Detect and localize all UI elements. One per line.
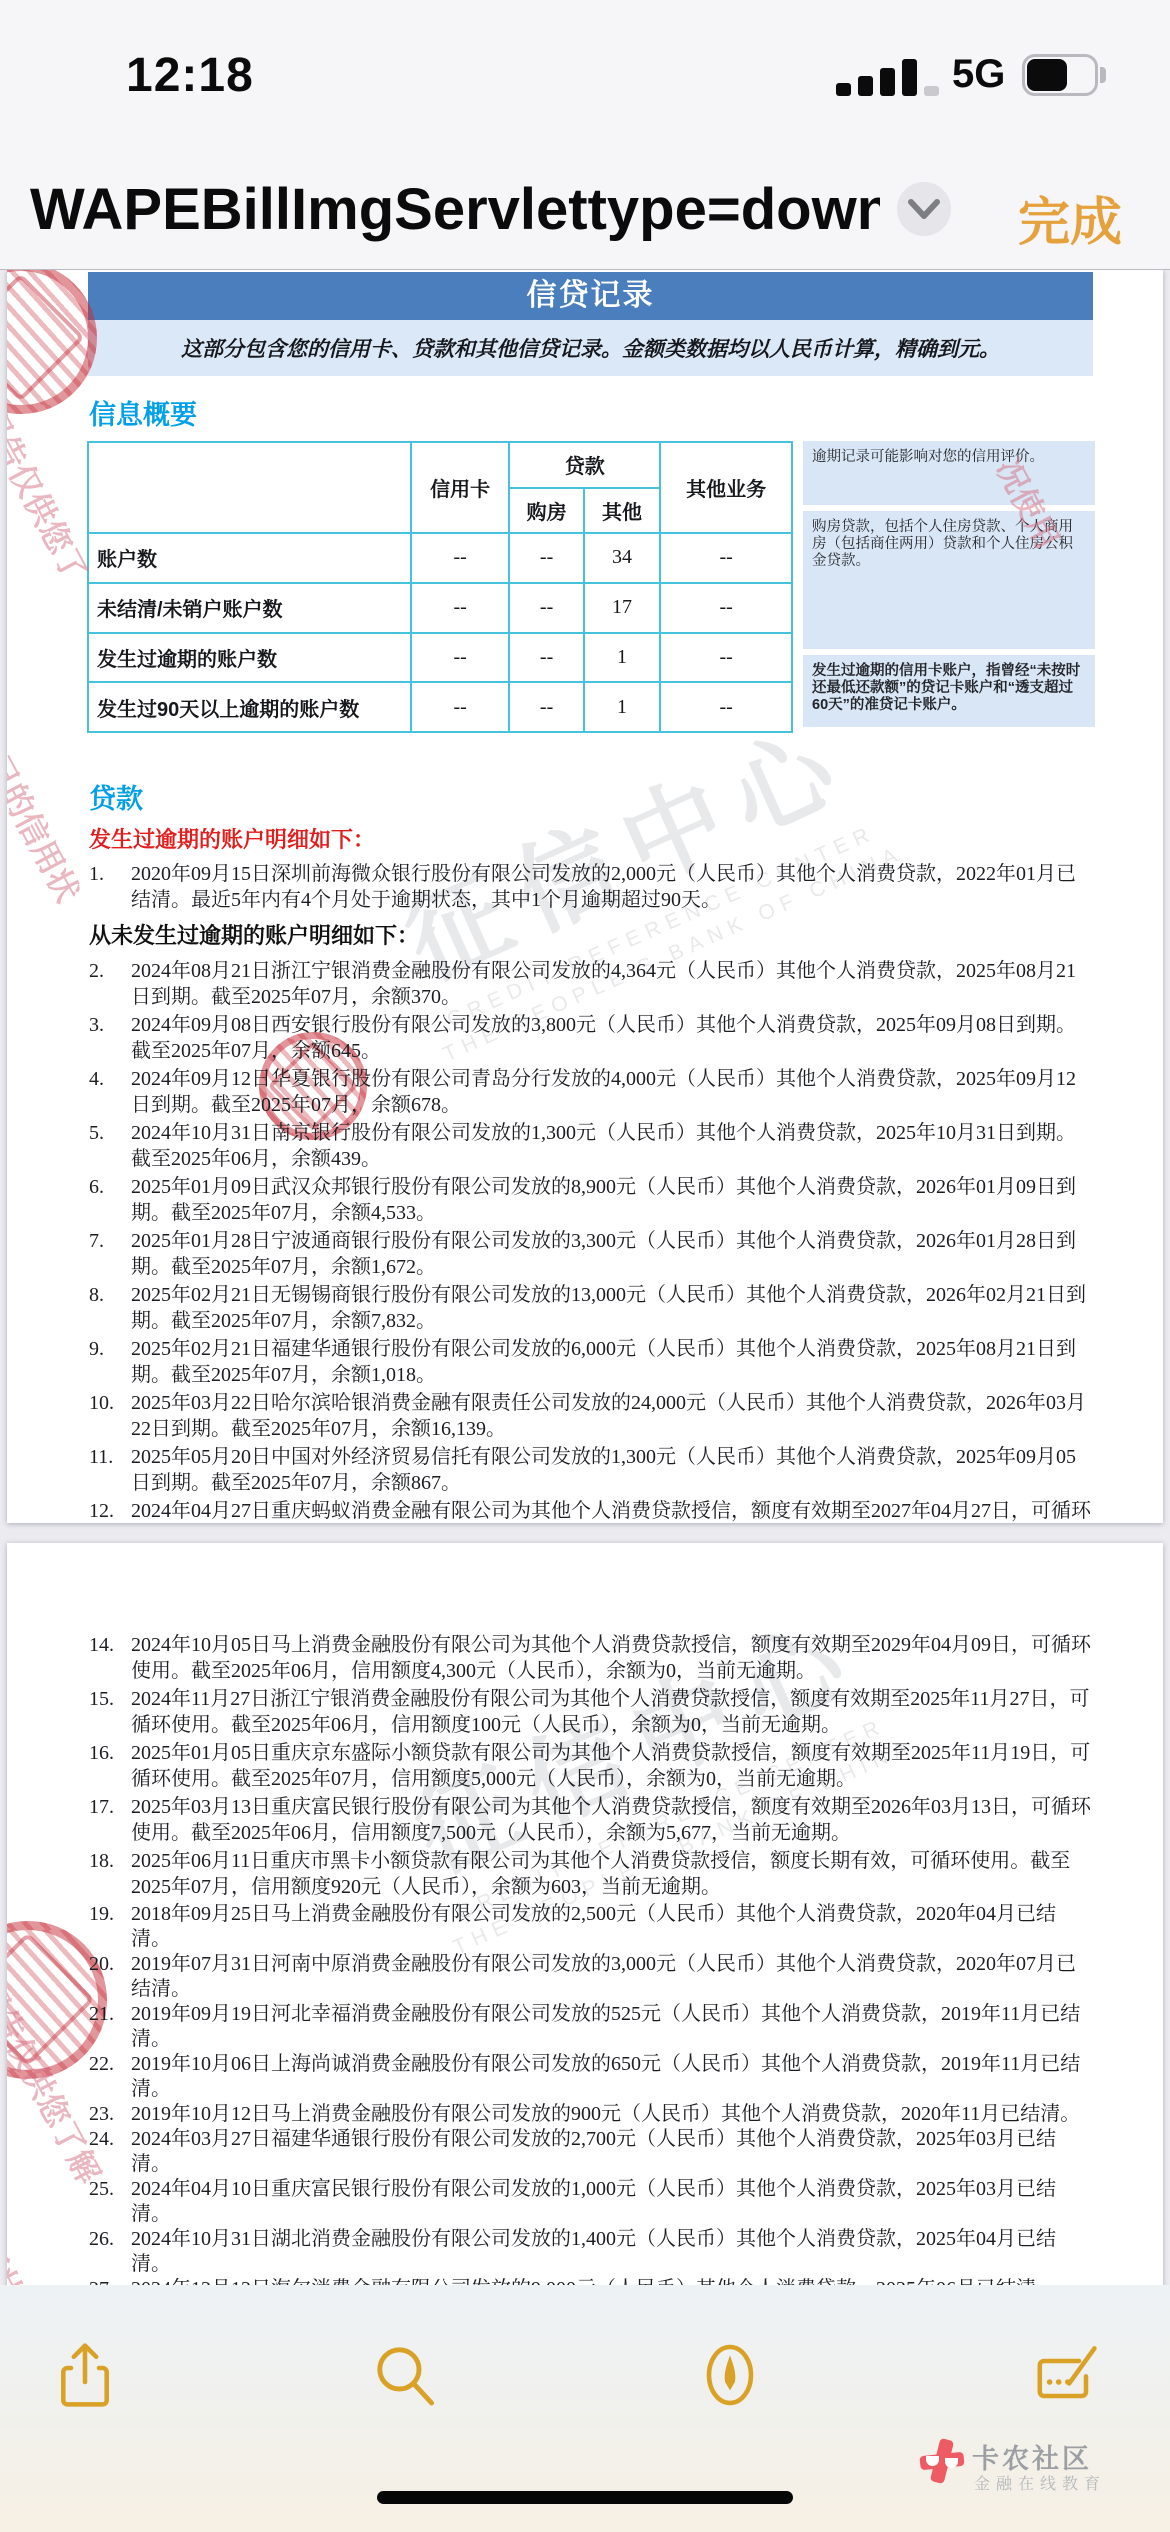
document-scroll-area[interactable]: 本报告仅供您了 解自己的信用状 况使用 征信中心 CREDIT REFERENC… bbox=[0, 270, 1170, 2285]
loan-item: 4.2024年09月12日华夏银行股份有限公司青岛分行发放的4,000元（人民币… bbox=[89, 1066, 1093, 1118]
loan-item: 18.2025年06月11日重庆市黑卡小额贷款有限公司为其他个人消费贷款授信，额… bbox=[89, 1848, 1093, 1900]
loan-item: 7.2025年01月28日宁波通商银行股份有限公司发放的3,300元（人民币）其… bbox=[89, 1228, 1093, 1280]
site-watermark-logo: 卡农社区 金融在线教育 bbox=[922, 2437, 1112, 2497]
red-seal-watermark bbox=[7, 270, 97, 414]
summary-table: 信用卡 贷款 其他业务 购房 其他 账户数----34--未结清/未销户账户数-… bbox=[87, 441, 793, 733]
markup-pen-icon bbox=[695, 2340, 765, 2410]
loan-section: 贷款 发生过逾期的账户明细如下： 1.2020年09月15日深圳前海微众银行股份… bbox=[89, 777, 1093, 1523]
clean-heading: 从未发生过逾期的账户明细如下： bbox=[89, 919, 1093, 950]
section-header: 信贷记录 bbox=[88, 272, 1093, 320]
search-button[interactable] bbox=[370, 2340, 440, 2410]
document-title: WAPEBillImgServlettype=downl... bbox=[30, 176, 880, 243]
col-loan-house: 购房 bbox=[509, 488, 583, 534]
done-button[interactable]: 完成 bbox=[1018, 180, 1122, 255]
loan-item: 1.2020年09月15日深圳前海微众银行股份有限公司发放的2,000元（人民币… bbox=[89, 861, 1093, 913]
home-indicator[interactable] bbox=[377, 2491, 793, 2504]
loan-item: 9.2025年02月21日福建华通银行股份有限公司发放的6,000元（人民币）其… bbox=[89, 1336, 1093, 1388]
summary-block: 信用卡 贷款 其他业务 购房 其他 账户数----34--未结清/未销户账户数-… bbox=[87, 441, 1163, 733]
compose-button[interactable] bbox=[1030, 2340, 1100, 2410]
loan-item: 14.2024年10月05日马上消费金融股份有限公司为其他个人消费贷款授信，额度… bbox=[89, 1632, 1093, 1684]
loan-item: 19.2018年09月25日马上消费金融股份有限公司发放的2,500元（人民币）… bbox=[89, 1902, 1093, 1952]
loan-item: 15.2024年11月27日浙江宁银消费金融股份有限公司为其他个人消费贷款授信，… bbox=[89, 1686, 1093, 1738]
share-button[interactable] bbox=[50, 2340, 120, 2410]
loan-item: 16.2025年01月05日重庆京东盛际小额贷款有限公司为其他个人消费贷款授信，… bbox=[89, 1740, 1093, 1792]
chevron-down-icon bbox=[908, 197, 940, 221]
summary-row: 未结清/未销户账户数----17-- bbox=[88, 583, 792, 633]
loan-item: 22.2019年10月06日上海尚诚消费金融股份有限公司发放的650元（人民币）… bbox=[89, 2052, 1093, 2102]
loan-item: 25.2024年04月10日重庆富民银行股份有限公司发放的1,000元（人民币）… bbox=[89, 2177, 1093, 2227]
bottom-toolbar: 卡农社区 金融在线教育 bbox=[0, 2285, 1170, 2532]
loan-item: 2.2024年08月21日浙江宁银消费金融股份有限公司发放的4,364元（人民币… bbox=[89, 958, 1093, 1010]
loan-item: 10.2025年03月22日哈尔滨哈银消费金融有限责任公司发放的24,000元（… bbox=[89, 1390, 1093, 1442]
collapse-chevron-button[interactable] bbox=[897, 182, 951, 236]
summary-row: 账户数----34-- bbox=[88, 533, 792, 583]
pink-watermark-text: 解自己的信用状 bbox=[7, 690, 92, 909]
report-page-1: 本报告仅供您了 解自己的信用状 况使用 征信中心 CREDIT REFERENC… bbox=[7, 270, 1163, 1523]
col-loan-other: 其他 bbox=[584, 488, 660, 534]
section-intro: 这部分包含您的信用卡、贷款和其他信贷记录。金额类数据均以人民币计算，精确到元。 bbox=[88, 320, 1093, 376]
loan-item: 27.2024年12月12日海尔消费金融有限公司发放的9,000元（人民币）其他… bbox=[89, 2277, 1093, 2285]
summary-notes: 逾期记录可能影响对您的信用评价。 购房贷款，包括个人住房贷款、个人商用房（包括商… bbox=[803, 441, 1095, 733]
cellular-signal-icon bbox=[836, 58, 936, 98]
loan-item: 12.2024年04月27日重庆蚂蚁消费金融有限公司为其他个人消费贷款授信，额度… bbox=[89, 1498, 1093, 1523]
loan-item: 21.2019年09月19日河北幸福消费金融股份有限公司发放的525元（人民币）… bbox=[89, 2002, 1093, 2052]
top-chrome: 12:18 5G WAPEBillImgServlettype=downl...… bbox=[0, 0, 1170, 270]
summary-row: 发生过逾期的账户数----1-- bbox=[88, 633, 792, 683]
loan-item: 6.2025年01月09日武汉众邦银行股份有限公司发放的8,900元（人民币）其… bbox=[89, 1174, 1093, 1226]
overdue-heading: 发生过逾期的账户明细如下： bbox=[89, 823, 1093, 854]
col-other-business: 其他业务 bbox=[660, 442, 792, 533]
loan-section-title: 贷款 bbox=[89, 777, 1093, 816]
col-loan-group: 贷款 bbox=[509, 442, 660, 488]
summary-title: 信息概要 bbox=[89, 393, 1163, 432]
markup-button[interactable] bbox=[695, 2340, 765, 2410]
search-icon bbox=[370, 2340, 440, 2410]
loan-item: 20.2019年07月31日河南中原消费金融股份有限公司发放的3,000元（人民… bbox=[89, 1952, 1093, 2002]
loan-item: 23.2019年10月12日马上消费金融股份有限公司发放的900元（人民币）其他… bbox=[89, 2102, 1093, 2127]
loan-item: 24.2024年03月27日福建华通银行股份有限公司发放的2,700元（人民币）… bbox=[89, 2127, 1093, 2177]
summary-row: 发生过90天以上逾期的账户数----1-- bbox=[88, 682, 792, 732]
share-icon bbox=[50, 2340, 120, 2410]
loan-item: 8.2025年02月21日无锡锡商银行股份有限公司发放的13,000元（人民币）… bbox=[89, 1282, 1093, 1334]
loan-item: 26.2024年10月31日湖北消费金融股份有限公司发放的1,400元（人民币）… bbox=[89, 2227, 1093, 2277]
note: 购房贷款，包括个人住房贷款、个人商用房（包括商住两用）贷款和个人住房公积金贷款。 bbox=[803, 511, 1095, 649]
col-credit-card: 信用卡 bbox=[411, 442, 510, 533]
clean-loan-list: 2.2024年08月21日浙江宁银消费金融股份有限公司发放的4,364元（人民币… bbox=[89, 958, 1093, 1523]
compose-icon bbox=[1030, 2340, 1100, 2410]
note: 发生过逾期的信用卡账户，指曾经“未按时还最低还款额”的贷记卡账户和“透支超过60… bbox=[803, 655, 1095, 727]
iphone-screen: 12:18 5G WAPEBillImgServlettype=downl...… bbox=[0, 0, 1170, 2532]
report-page-2: 本报告仅供您了解 信用状况使用 征信中心 CREDIT REFERENCE CE… bbox=[7, 1543, 1163, 2285]
note: 逾期记录可能影响对您的信用评价。 bbox=[803, 441, 1095, 505]
overdue-loan-list: 1.2020年09月15日深圳前海微众银行股份有限公司发放的2,000元（人民币… bbox=[89, 861, 1093, 913]
kanong-logo-icon bbox=[922, 2439, 962, 2483]
pink-watermark-text: 信用状况使用 bbox=[7, 2203, 81, 2285]
loan-item: 11.2025年05月20日中国对外经济贸易信托有限公司发放的1,300元（人民… bbox=[89, 1444, 1093, 1496]
loan-item: 17.2025年03月13日重庆富民银行股份有限公司为其他个人消费贷款授信，额度… bbox=[89, 1794, 1093, 1846]
status-time: 12:18 bbox=[126, 48, 254, 103]
loan-item: 5.2024年10月31日南京银行股份有限公司发放的1,300元（人民币）其他个… bbox=[89, 1120, 1093, 1172]
battery-icon bbox=[1022, 54, 1106, 96]
loan-list-page2: 14.2024年10月05日马上消费金融股份有限公司为其他个人消费贷款授信，额度… bbox=[89, 1543, 1093, 2285]
brand-subtitle: 金融在线教育 bbox=[974, 2471, 1106, 2494]
network-type-label: 5G bbox=[952, 52, 1005, 97]
loan-item: 3.2024年09月08日西安银行股份有限公司发放的3,800元（人民币）其他个… bbox=[89, 1012, 1093, 1064]
